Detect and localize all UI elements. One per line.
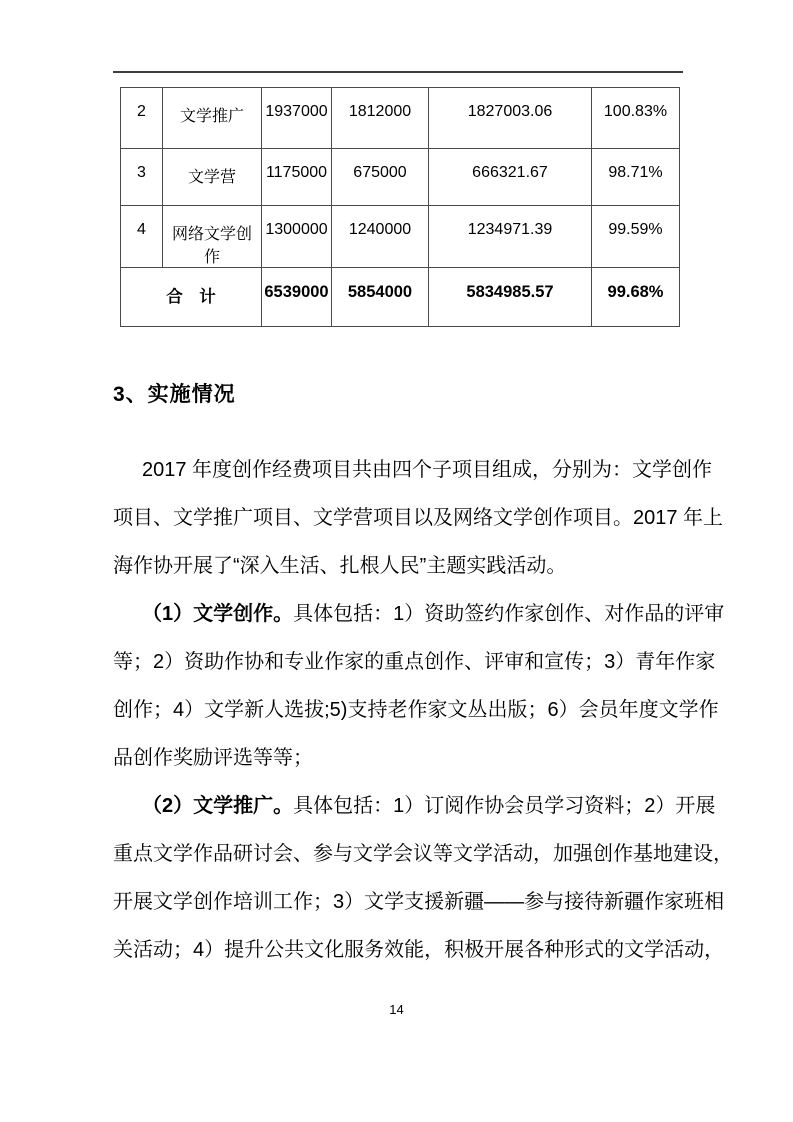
body-line: 品创作奖励评选等等； (113, 734, 688, 782)
table-cell: 6539000 (262, 268, 332, 327)
section-heading: 3、实施情况 (113, 378, 236, 408)
table-cell: 1300000 (262, 206, 332, 268)
body-line: （2）文学推广。具体包括：1）订阅作协会员学习资料；2）开展 (113, 782, 717, 830)
table-cell: 1234971.39 (429, 206, 592, 268)
table-cell: 5854000 (332, 268, 429, 327)
body-line: 2017 年度创作经费项目共由四个子项目组成，分别为：文学创作 (113, 446, 717, 494)
table-cell: 99.59% (592, 206, 680, 268)
table-cell-total-label: 合 计 (121, 268, 262, 327)
body-line: 海作协开展了“深入生活、扎根人民”主题实践活动。 (113, 542, 688, 590)
body-line: 等；2）资助作协和专业作家的重点创作、评审和宣传；3）青年作家 (113, 638, 688, 686)
table-cell: 99.68% (592, 268, 680, 327)
table-cell: 文学推广 (163, 88, 262, 149)
body-line: （1）文学创作。具体包括：1）资助签约作家创作、对作品的评审 (113, 590, 717, 638)
table-row: 3 文学营 1175000 675000 666321.67 98.71% (121, 149, 680, 206)
table-cell: 2 (121, 88, 163, 149)
body-line: 开展文学创作培训工作；3）文学支援新疆——参与接待新疆作家班相 (113, 878, 688, 926)
table-total-row: 合 计 6539000 5854000 5834985.57 99.68% (121, 268, 680, 327)
table-cell: 5834985.57 (429, 268, 592, 327)
table-cell: 666321.67 (429, 149, 592, 206)
document-page: 2 文学推广 1937000 1812000 1827003.06 100.83… (0, 0, 793, 1122)
table-cell: 网络文学创作 (163, 206, 262, 268)
table-cell: 1827003.06 (429, 88, 592, 149)
header-rule (113, 71, 683, 73)
body-line: 重点文学作品研讨会、参与文学会议等文学活动，加强创作基地建设， (113, 830, 688, 878)
table-cell: 98.71% (592, 149, 680, 206)
body-line: 创作；4）文学新人选拔;5)支持老作家文丛出版；6）会员年度文学作 (113, 686, 688, 734)
body-line: 关活动；4）提升公共文化服务效能，积极开展各种形式的文学活动， (113, 926, 688, 974)
table-cell: 文学营 (163, 149, 262, 206)
budget-table: 2 文学推广 1937000 1812000 1827003.06 100.83… (120, 87, 680, 327)
table-row: 4 网络文学创作 1300000 1240000 1234971.39 99.5… (121, 206, 680, 268)
table-cell: 1812000 (332, 88, 429, 149)
table-cell: 100.83% (592, 88, 680, 149)
table-cell: 4 (121, 206, 163, 268)
table-cell: 1240000 (332, 206, 429, 268)
table-cell: 1175000 (262, 149, 332, 206)
page-number: 14 (0, 1002, 793, 1017)
table-cell: 1937000 (262, 88, 332, 149)
table-row: 2 文学推广 1937000 1812000 1827003.06 100.83… (121, 88, 680, 149)
table-cell: 3 (121, 149, 163, 206)
table-cell: 675000 (332, 149, 429, 206)
body-line: 项目、文学推广项目、文学营项目以及网络文学创作项目。2017 年上 (113, 494, 688, 542)
